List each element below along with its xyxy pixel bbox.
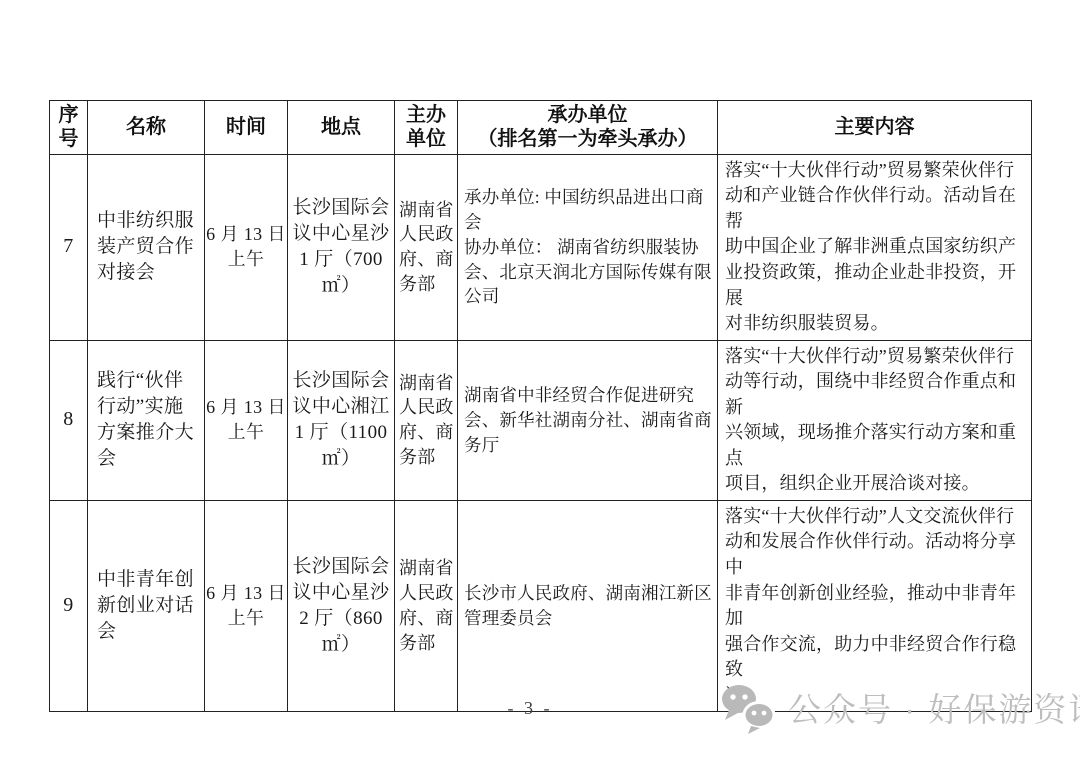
document-page: 序 号 名称 时间 地点 主办 单位 承办单位 （排名第一为牵头承办） 主要内容… [0,0,1080,764]
col-header-host: 主办 单位 [395,101,458,155]
cell-place: 长沙国际会 议中心湘江 1 厅（1100 ㎡） [288,340,395,500]
cell-serial: 7 [50,154,88,340]
table-row: 9 中非青年创 新创业对话 会 6 月 13 日 上午 长沙国际会 议中心星沙 … [50,500,1032,711]
cell-name: 践行“伙伴 行动”实施 方案推介大 会 [88,340,205,500]
cell-content: 落实“十大伙伴行动”人文交流伙伴行 动和发展合作伙伴行动。活动将分享中 非青年创… [718,500,1032,711]
watermark-text: 公众号 · 好保游资讯 [788,684,1080,736]
cell-content: 落实“十大伙伴行动”贸易繁荣伙伴行 动和产业链合作伙伴行动。活动旨在帮 助中国企… [718,154,1032,340]
cell-time: 6 月 13 日 上午 [205,500,288,711]
cell-place: 长沙国际会 议中心星沙 2 厅（860 ㎡） [288,500,395,711]
watermark: 公众号 · 好保游资讯 [720,684,1080,736]
cell-organizer: 承办单位: 中国纺织品进出口商 会 协办单位： 湖南省纺织服装协 会、北京天润北… [458,154,718,340]
cell-host: 湖南省 人民政 府、商 务部 [395,500,458,711]
schedule-table: 序 号 名称 时间 地点 主办 单位 承办单位 （排名第一为牵头承办） 主要内容… [49,100,1032,712]
col-header-content: 主要内容 [718,101,1032,155]
cell-serial: 9 [50,500,88,711]
col-header-organizer: 承办单位 （排名第一为牵头承办） [458,101,718,155]
col-header-time: 时间 [205,101,288,155]
table-row: 8 践行“伙伴 行动”实施 方案推介大 会 6 月 13 日 上午 长沙国际会 … [50,340,1032,500]
cell-time: 6 月 13 日 上午 [205,154,288,340]
cell-organizer: 湖南省中非经贸合作促进研究 会、新华社湖南分社、湖南省商 务厅 [458,340,718,500]
cell-name: 中非青年创 新创业对话 会 [88,500,205,711]
cell-serial: 8 [50,340,88,500]
cell-host: 湖南省 人民政 府、商 务部 [395,154,458,340]
wechat-icon [720,684,778,736]
cell-time: 6 月 13 日 上午 [205,340,288,500]
cell-host: 湖南省 人民政 府、商 务部 [395,340,458,500]
col-header-serial: 序 号 [50,101,88,155]
col-header-name: 名称 [88,101,205,155]
cell-content: 落实“十大伙伴行动”贸易繁荣伙伴行 动等行动，围绕中非经贸合作重点和新 兴领域，… [718,340,1032,500]
col-header-place: 地点 [288,101,395,155]
cell-organizer: 长沙市人民政府、湖南湘江新区 管理委员会 [458,500,718,711]
cell-place: 长沙国际会 议中心星沙 1 厅（700 ㎡） [288,154,395,340]
cell-name: 中非纺织服 装产贸合作 对接会 [88,154,205,340]
table-header-row: 序 号 名称 时间 地点 主办 单位 承办单位 （排名第一为牵头承办） 主要内容 [50,101,1032,155]
table-row: 7 中非纺织服 装产贸合作 对接会 6 月 13 日 上午 长沙国际会 议中心星… [50,154,1032,340]
